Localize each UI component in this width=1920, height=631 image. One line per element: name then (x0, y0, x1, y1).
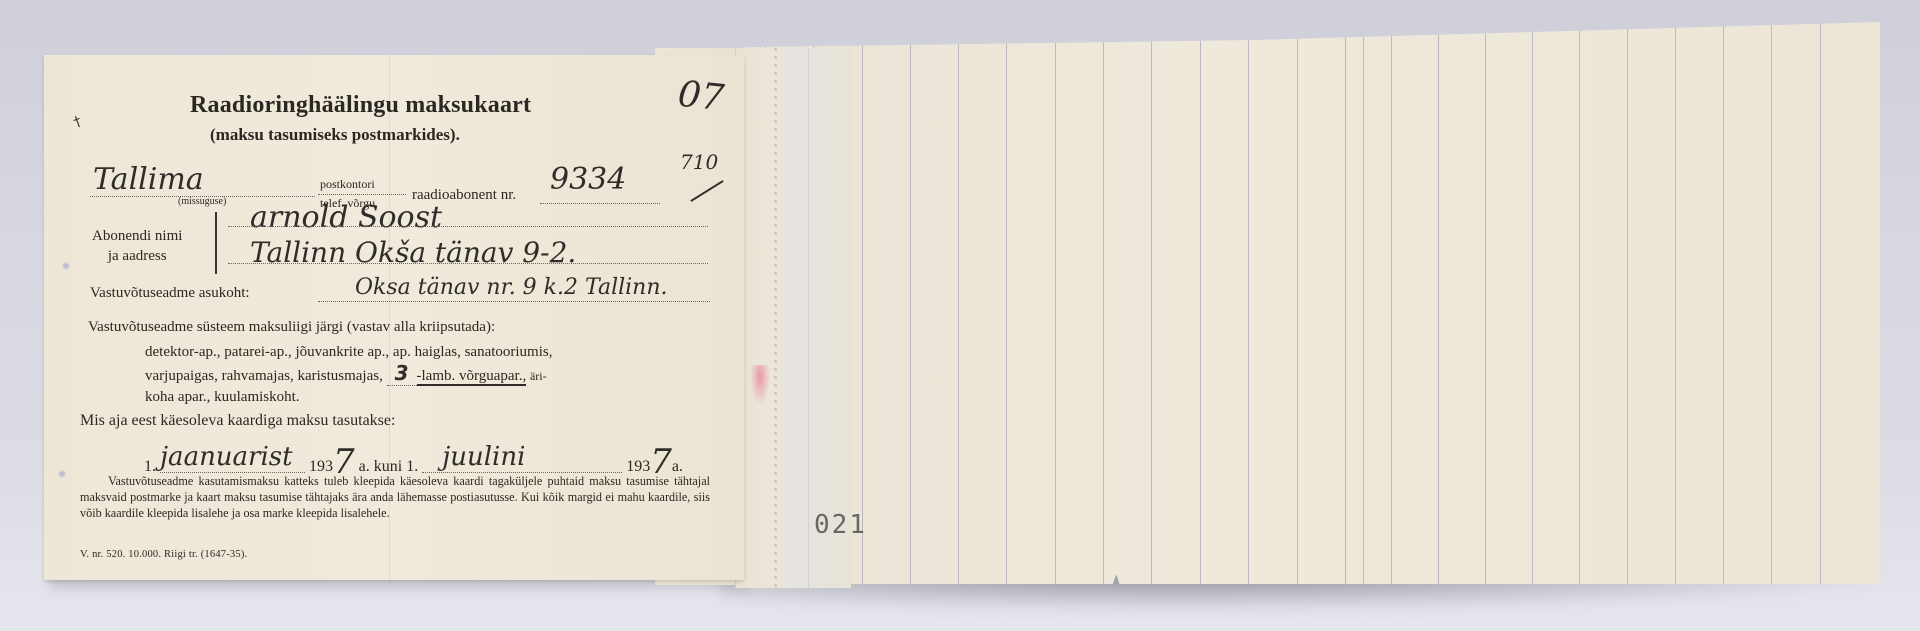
post-office-caption: (missuguse) (178, 196, 226, 207)
ruling-line (1820, 22, 1821, 584)
ruling-line (1532, 22, 1533, 584)
system-options-line2-post: äri- (530, 369, 547, 383)
period-to-month: juulini (422, 442, 622, 473)
ruling-line (1485, 22, 1486, 584)
folded-strip (735, 48, 851, 588)
subscriber-name-value: arnold Soost (250, 200, 442, 235)
ruling-line (1675, 22, 1676, 584)
margin-note-top: 07 (676, 74, 726, 120)
pin-hole (62, 262, 70, 270)
ruling-line (1627, 22, 1628, 584)
postkontori-label: postkontori (320, 177, 375, 192)
system-options-line1: detektor-ap., patarei-ap., jõuvankrite a… (145, 342, 715, 363)
ruling-line (1248, 22, 1249, 584)
ruling-line (1723, 22, 1724, 584)
location-field-line (318, 301, 710, 302)
ruling-line (862, 22, 863, 584)
receiver-system-label: Vastuvõtuseadme süsteem maksuliigi järgi… (88, 319, 495, 336)
system-options-line3: koha apar., kuulamiskoht. (145, 387, 715, 408)
subscriber-brace (215, 212, 217, 274)
ruling-line (1391, 22, 1392, 584)
ruling-line (1345, 22, 1346, 584)
instructions-paragraph: Vastuvõtuseadme kasutamismaksu katteks t… (80, 473, 710, 521)
card-title: Raadioringhäälingu maksukaart (190, 92, 531, 119)
name-field-line (228, 226, 708, 227)
subscriber-label-line2: ja aadress (92, 246, 182, 266)
ruling-line (1771, 22, 1772, 584)
ruling-line (1579, 22, 1580, 584)
receiver-system-options: detektor-ap., patarei-ap., jõuvankrite a… (145, 342, 715, 408)
post-office-value: Tallima (93, 162, 204, 197)
lamp-count-value: 3 (387, 361, 417, 386)
subscriber-address-value: Tallinn Okša tänav 9-2. (250, 236, 576, 269)
stamp-number: 021 (814, 510, 867, 540)
pin-hole (58, 470, 66, 478)
ruling-line (1055, 22, 1056, 584)
subscriber-number-value: 9334 (550, 162, 626, 197)
perforation (774, 48, 777, 588)
payment-period-label: Mis aja eest käesoleva kaardiga maksu ta… (80, 412, 395, 430)
period-from-month: jaanuarist (160, 442, 305, 473)
ruling-line (1151, 22, 1152, 584)
receiver-location-value: Oksa tänav nr. 9 k.2 Tallinn. (355, 275, 668, 300)
ruling-line (958, 22, 959, 584)
ruling-line (1006, 22, 1007, 584)
receiver-location-label: Vastuvõtuseadme asukoht: (90, 285, 250, 302)
pink-ink-mark (750, 365, 770, 405)
fold-crease (808, 48, 809, 588)
instructions-text: Vastuvõtuseadme kasutamismaksu katteks t… (80, 474, 710, 520)
print-footer: V. nr. 520. 10.000. Riigi tr. (1647-35). (80, 549, 247, 560)
system-options-line2-pre: varjupaigas, rahvamajas, karistusmajas, (145, 368, 383, 384)
label-separator (318, 194, 406, 195)
card-subtitle: (maksu tasumiseks postmarkides). (210, 125, 460, 145)
address-field-line (228, 263, 708, 264)
subscriber-label: Abonendi nimi ja aadress (92, 226, 182, 266)
ruled-attachment-sheet (745, 22, 1880, 584)
system-options-line2: varjupaigas, rahvamajas, karistusmajas, … (145, 363, 715, 387)
ruling-line (1103, 22, 1104, 584)
ruling-line (1363, 22, 1364, 584)
ruling-line (1200, 22, 1201, 584)
selected-system-option: -lamb. võrguapar., (417, 368, 527, 386)
subscriber-label-line1: Abonendi nimi (92, 226, 182, 246)
ruling-line (1438, 22, 1439, 584)
ruling-line (1297, 22, 1298, 584)
ruling-line (910, 22, 911, 584)
subscriber-number-field-line (540, 203, 660, 204)
margin-note-second: 710 (680, 150, 718, 174)
